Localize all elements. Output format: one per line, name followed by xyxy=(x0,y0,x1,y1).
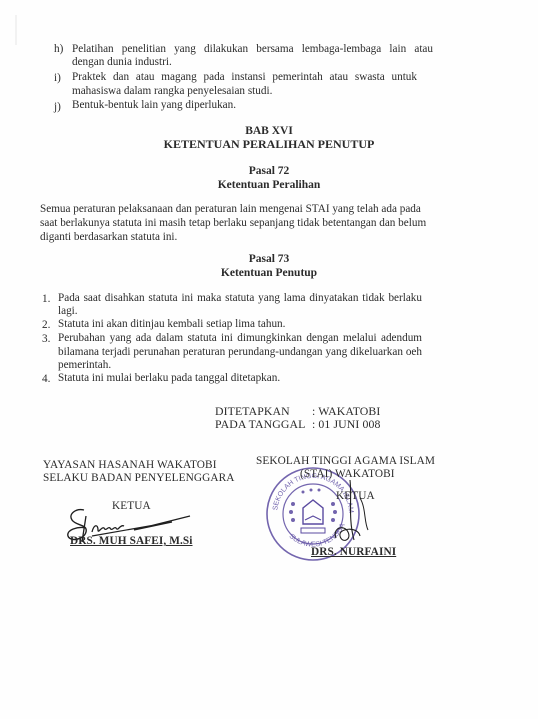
enactment-place-label: DITETAPKAN xyxy=(215,404,290,418)
right-org-line1: SEKOLAH TINGGI AGAMA ISLAM xyxy=(256,454,435,468)
left-name: DRS. MUH SAFEI, M.Si xyxy=(70,534,193,548)
list-item-h-line1: Pelatihan penelitian yang dilakukan bers… xyxy=(72,42,433,56)
list-marker: 1. xyxy=(42,292,50,306)
scan-edge-artifact xyxy=(15,15,17,45)
list-item-h-line2: dengan dunia industri. xyxy=(72,55,172,69)
right-name: DRS. NURFAINI xyxy=(311,545,396,559)
pasal-73-title: Ketentuan Penutup xyxy=(0,266,538,280)
document-page: h) Pelatihan penelitian yang dilakukan b… xyxy=(0,0,538,719)
list-item-3-line2: bilamana terjadi perunahan peraturan per… xyxy=(58,345,422,359)
list-marker: 2. xyxy=(42,318,50,332)
enactment-date-value: : 01 JUNI 008 xyxy=(312,417,380,431)
chapter-number: BAB XVI xyxy=(0,124,538,138)
list-item-i-line1: Praktek dan atau magang pada instansi pe… xyxy=(72,70,417,84)
list-item-1-line2: lagi. xyxy=(58,304,78,318)
pasal-72-number: Pasal 72 xyxy=(0,164,538,178)
list-item-i-line2: mahasiswa dalam rangka penyelesaian stud… xyxy=(72,84,272,98)
signature-right-icon xyxy=(330,478,390,548)
list-item-3-line1: Perubahan yang ada dalam statuta ini dim… xyxy=(58,331,422,345)
paragraph-line: Semua peraturan pelaksanaan dan peratura… xyxy=(40,202,421,216)
list-item-3-line3: pemerintah. xyxy=(58,358,111,372)
pasal-73-number: Pasal 73 xyxy=(0,252,538,266)
left-org-line1: YAYASAN HASANAH WAKATOBI xyxy=(43,458,217,472)
list-item-2-line1: Statuta ini akan ditinjau kembali setiap… xyxy=(58,317,285,331)
pasal-72-title: Ketentuan Peralihan xyxy=(0,178,538,192)
list-item-4-line1: Statuta ini mulai berlaku pada tanggal d… xyxy=(58,371,280,385)
paragraph-line: diganti berdasarkan statuta ini. xyxy=(40,230,177,244)
list-marker: j) xyxy=(54,100,61,114)
list-item-1-line1: Pada saat disahkan statuta ini maka stat… xyxy=(58,291,422,305)
list-item-j-line1: Bentuk-bentuk lain yang diperlukan. xyxy=(72,98,236,112)
enactment-date-label: PADA TANGGAL xyxy=(215,417,305,431)
list-marker: 4. xyxy=(42,372,50,386)
list-marker: 3. xyxy=(42,332,50,346)
list-marker: i) xyxy=(54,71,61,85)
list-marker: h) xyxy=(54,42,63,56)
paragraph-line: saat berlakunya statuta ini masih tetap … xyxy=(40,216,426,230)
chapter-title: KETENTUAN PERALIHAN PENUTUP xyxy=(0,137,538,151)
left-org-line2: SELAKU BADAN PENYELENGGARA xyxy=(43,471,235,485)
enactment-place-value: : WAKATOBI xyxy=(312,404,380,418)
